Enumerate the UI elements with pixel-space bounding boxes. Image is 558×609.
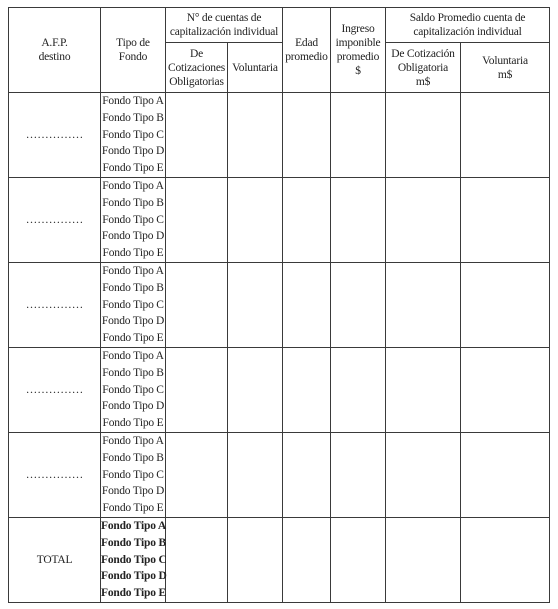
cuentas-obligatorias-cell[interactable] [166,262,228,347]
edad-promedio-cell[interactable] [283,177,331,262]
fund-type-label: Fondo Tipo C [101,127,165,144]
fund-type-label: Fondo Tipo D [101,313,165,330]
cuentas-obligatorias-cell[interactable] [166,177,228,262]
fund-type-label: Fondo Tipo B [101,195,165,212]
edad-promedio-cell[interactable] [283,347,331,432]
table-row: ……………Fondo Tipo AFondo Tipo BFondo Tipo … [9,177,550,262]
edad-promedio-cell[interactable] [283,262,331,347]
edad-promedio-cell[interactable] [283,432,331,517]
fund-type-list: Fondo Tipo AFondo Tipo BFondo Tipo CFond… [101,432,166,517]
header-row-top: A.F.P. destino Tipo de Fondo N° de cuent… [9,8,550,43]
table-row: ……………Fondo Tipo AFondo Tipo BFondo Tipo … [9,262,550,347]
table-row: ……………Fondo Tipo AFondo Tipo BFondo Tipo … [9,93,550,178]
fund-type-label: Fondo Tipo E [101,160,165,177]
edad-promedio-cell[interactable] [283,93,331,178]
fund-type-label: Fondo Tipo E [101,330,165,347]
header-tipo-fondo: Tipo de Fondo [101,8,166,93]
cuentas-voluntaria-cell[interactable] [228,347,283,432]
header-cuentas-oblig-line3: Obligatorias [166,75,227,89]
header-cuentas-oblig-line1: De [166,47,227,61]
fund-type-list: Fondo Tipo AFondo Tipo BFondo Tipo CFond… [101,177,166,262]
header-ingreso-line1: Ingreso [331,22,385,36]
fund-type-label: Fondo Tipo C [101,467,165,484]
header-saldo-voluntaria: Voluntaria m$ [461,43,550,93]
edad-promedio-cell[interactable] [283,517,331,602]
header-cuentas-voluntaria: Voluntaria [228,43,283,93]
cuentas-obligatorias-cell[interactable] [166,93,228,178]
header-saldo-obligatoria: De Cotización Obligatoria m$ [386,43,461,93]
fund-type-list: Fondo Tipo AFondo Tipo BFondo Tipo CFond… [101,262,166,347]
afp-fund-report-table: A.F.P. destino Tipo de Fondo N° de cuent… [8,7,550,603]
fund-type-label: Fondo Tipo E [101,415,165,432]
fund-type-list: Fondo Tipo AFondo Tipo BFondo Tipo CFond… [101,517,166,602]
saldo-voluntaria-cell[interactable] [461,177,550,262]
saldo-obligatoria-cell[interactable] [386,93,461,178]
header-cuentas-oblig-line2: Cotizaciones [166,61,227,75]
cuentas-obligatorias-cell[interactable] [166,432,228,517]
fund-type-label: Fondo Tipo E [101,585,165,602]
fund-type-label: Fondo Tipo A [101,178,165,195]
fund-type-label: Fondo Tipo A [101,93,165,110]
fund-type-label: Fondo Tipo E [101,500,165,517]
fund-type-label: Fondo Tipo C [101,552,165,569]
afp-name-placeholder[interactable]: …………… [9,93,101,178]
header-saldo-vol-line1: Voluntaria [461,54,549,68]
ingreso-promedio-cell[interactable] [331,517,386,602]
fund-type-label: Fondo Tipo C [101,382,165,399]
header-edad-line1: Edad [283,36,330,50]
header-saldo-vol-line2: m$ [461,68,549,82]
header-edad-line2: promedio [283,50,330,64]
fund-type-list: Fondo Tipo AFondo Tipo BFondo Tipo CFond… [101,347,166,432]
saldo-obligatoria-cell[interactable] [386,347,461,432]
afp-name-placeholder[interactable]: …………… [9,432,101,517]
header-num-cuentas: N° de cuentas de capitalización individu… [166,8,283,43]
fund-type-label: Fondo Tipo E [101,245,165,262]
fund-type-label: Fondo Tipo B [101,365,165,382]
ingreso-promedio-cell[interactable] [331,347,386,432]
header-num-cuentas-line2: capitalización individual [166,25,282,39]
total-label: TOTAL [9,517,101,602]
ingreso-promedio-cell[interactable] [331,432,386,517]
header-afp-line2: destino [9,50,100,64]
fund-type-label: Fondo Tipo B [101,110,165,127]
fund-type-label: Fondo Tipo A [101,263,165,280]
fund-type-label: Fondo Tipo C [101,212,165,229]
saldo-obligatoria-cell[interactable] [386,262,461,347]
header-saldo-oblig-line2: Obligatoria [386,61,460,75]
fund-type-label: Fondo Tipo D [101,143,165,160]
fund-type-label: Fondo Tipo A [101,433,165,450]
cuentas-voluntaria-cell[interactable] [228,432,283,517]
table-body: ……………Fondo Tipo AFondo Tipo BFondo Tipo … [9,93,550,603]
fund-type-label: Fondo Tipo B [101,450,165,467]
header-ingreso-line4: $ [331,64,385,78]
fund-type-label: Fondo Tipo D [101,483,165,500]
table-row-total: TOTALFondo Tipo AFondo Tipo BFondo Tipo … [9,517,550,602]
fund-type-label: Fondo Tipo D [101,228,165,245]
header-cuentas-obligatorias: De Cotizaciones Obligatorias [166,43,228,93]
header-saldo-promedio: Saldo Promedio cuenta de capitalización … [386,8,550,43]
saldo-obligatoria-cell[interactable] [386,177,461,262]
ingreso-promedio-cell[interactable] [331,262,386,347]
ingreso-promedio-cell[interactable] [331,177,386,262]
header-ingreso-imponible: Ingreso imponible promedio $ [331,8,386,93]
fund-type-label: Fondo Tipo D [101,398,165,415]
cuentas-obligatorias-cell[interactable] [166,347,228,432]
cuentas-obligatorias-cell[interactable] [166,517,228,602]
header-saldo-line1: Saldo Promedio cuenta de [386,11,549,25]
cuentas-voluntaria-cell[interactable] [228,517,283,602]
header-saldo-oblig-line1: De Cotización [386,47,460,61]
saldo-voluntaria-cell[interactable] [461,517,550,602]
afp-name-placeholder[interactable]: …………… [9,347,101,432]
header-saldo-line2: capitalización individual [386,25,549,39]
saldo-obligatoria-cell[interactable] [386,432,461,517]
fund-type-list: Fondo Tipo AFondo Tipo BFondo Tipo CFond… [101,93,166,178]
saldo-voluntaria-cell[interactable] [461,93,550,178]
header-num-cuentas-line1: N° de cuentas de [166,11,282,25]
ingreso-promedio-cell[interactable] [331,93,386,178]
header-afp-line1: A.F.P. [9,36,100,50]
header-edad-promedio: Edad promedio [283,8,331,93]
fund-type-label: Fondo Tipo C [101,297,165,314]
fund-type-label: Fondo Tipo B [101,280,165,297]
cuentas-voluntaria-cell[interactable] [228,177,283,262]
saldo-voluntaria-cell[interactable] [461,262,550,347]
fund-type-label: Fondo Tipo A [101,518,165,535]
fund-type-label: Fondo Tipo D [101,568,165,585]
table-row: ……………Fondo Tipo AFondo Tipo BFondo Tipo … [9,432,550,517]
afp-name-placeholder[interactable]: …………… [9,177,101,262]
header-afp-destino: A.F.P. destino [9,8,101,93]
saldo-voluntaria-cell[interactable] [461,347,550,432]
header-saldo-oblig-line3: m$ [386,75,460,89]
saldo-obligatoria-cell[interactable] [386,517,461,602]
header-ingreso-line2: imponible [331,36,385,50]
table-row: ……………Fondo Tipo AFondo Tipo BFondo Tipo … [9,347,550,432]
header-ingreso-line3: promedio [331,50,385,64]
fund-type-label: Fondo Tipo A [101,348,165,365]
saldo-voluntaria-cell[interactable] [461,432,550,517]
cuentas-voluntaria-cell[interactable] [228,262,283,347]
fund-type-label: Fondo Tipo B [101,535,165,552]
afp-name-placeholder[interactable]: …………… [9,262,101,347]
cuentas-voluntaria-cell[interactable] [228,93,283,178]
